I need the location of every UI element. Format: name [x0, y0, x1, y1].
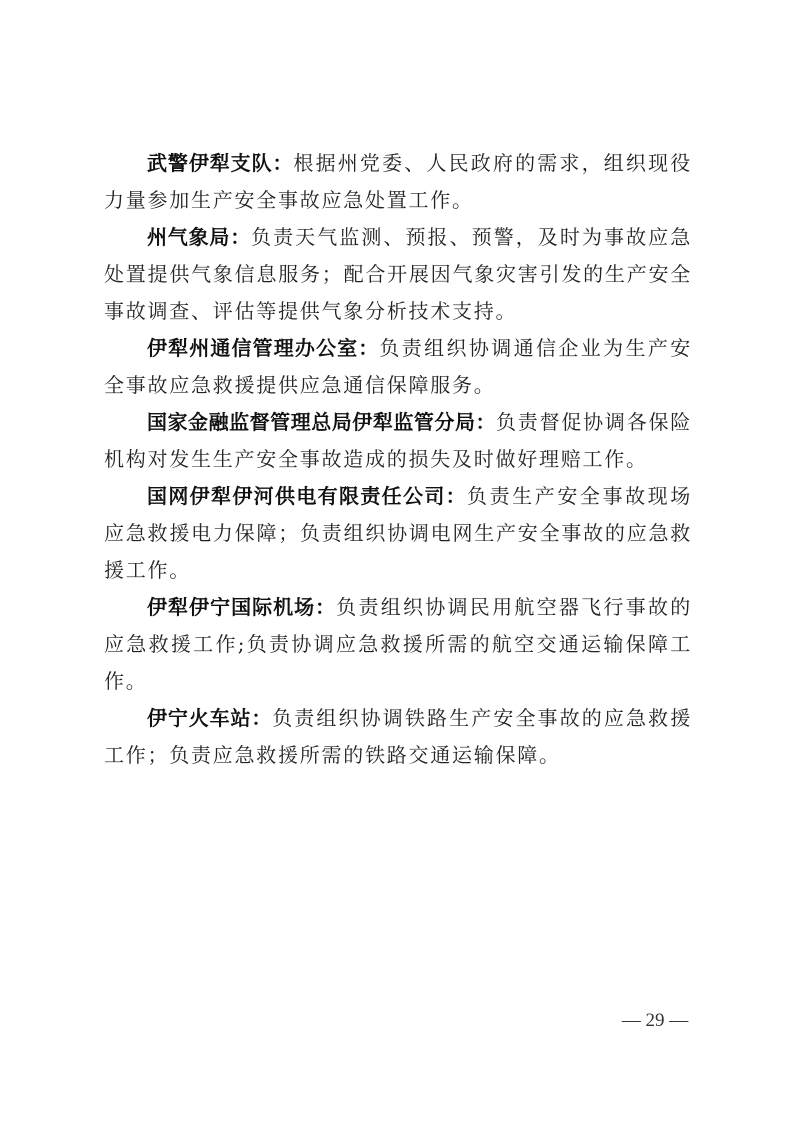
paragraph-airport: 伊犁伊宁国际机场：负责组织协调民用航空器飞行事故的应急救援工作;负责协调应急救援…: [104, 589, 692, 700]
paragraph-communications-office: 伊犁州通信管理办公室：负责组织协调通信企业为生产安全事故应急救援提供应急通信保障…: [104, 330, 692, 404]
document-body: 武警伊犁支队：根据州党委、人民政府的需求，组织现役力量参加生产安全事故应急处置工…: [104, 145, 692, 774]
paragraph-armed-police: 武警伊犁支队：根据州党委、人民政府的需求，组织现役力量参加生产安全事故应急处置工…: [104, 145, 692, 219]
paragraph-power-supply: 国网伊犁伊河供电有限责任公司：负责生产安全事故现场应急救援电力保障；负责组织协调…: [104, 478, 692, 589]
paragraph-lead: 伊犁伊宁国际机场：: [147, 595, 336, 619]
paragraph-financial-regulation: 国家金融监督管理总局伊犁监管分局：负责督促协调各保险机构对发生生产安全事故造成的…: [104, 404, 692, 478]
page-number: — 29 —: [610, 1010, 700, 1032]
paragraph-lead: 武警伊犁支队：: [147, 151, 293, 175]
paragraph-lead: 伊犁州通信管理办公室：: [147, 336, 379, 360]
paragraph-lead: 州气象局：: [147, 225, 251, 249]
paragraph-railway-station: 伊宁火车站：负责组织协调铁路生产安全事故的应急救援工作；负责应急救援所需的铁路交…: [104, 700, 692, 774]
paragraph-lead: 伊宁火车站：: [147, 706, 272, 730]
paragraph-lead: 国家金融监督管理总局伊犁监管分局：: [147, 410, 496, 434]
paragraph-lead: 国网伊犁伊河供电有限责任公司：: [147, 484, 467, 508]
paragraph-meteorological-bureau: 州气象局：负责天气监测、预报、预警，及时为事故应急处置提供气象信息服务；配合开展…: [104, 219, 692, 330]
